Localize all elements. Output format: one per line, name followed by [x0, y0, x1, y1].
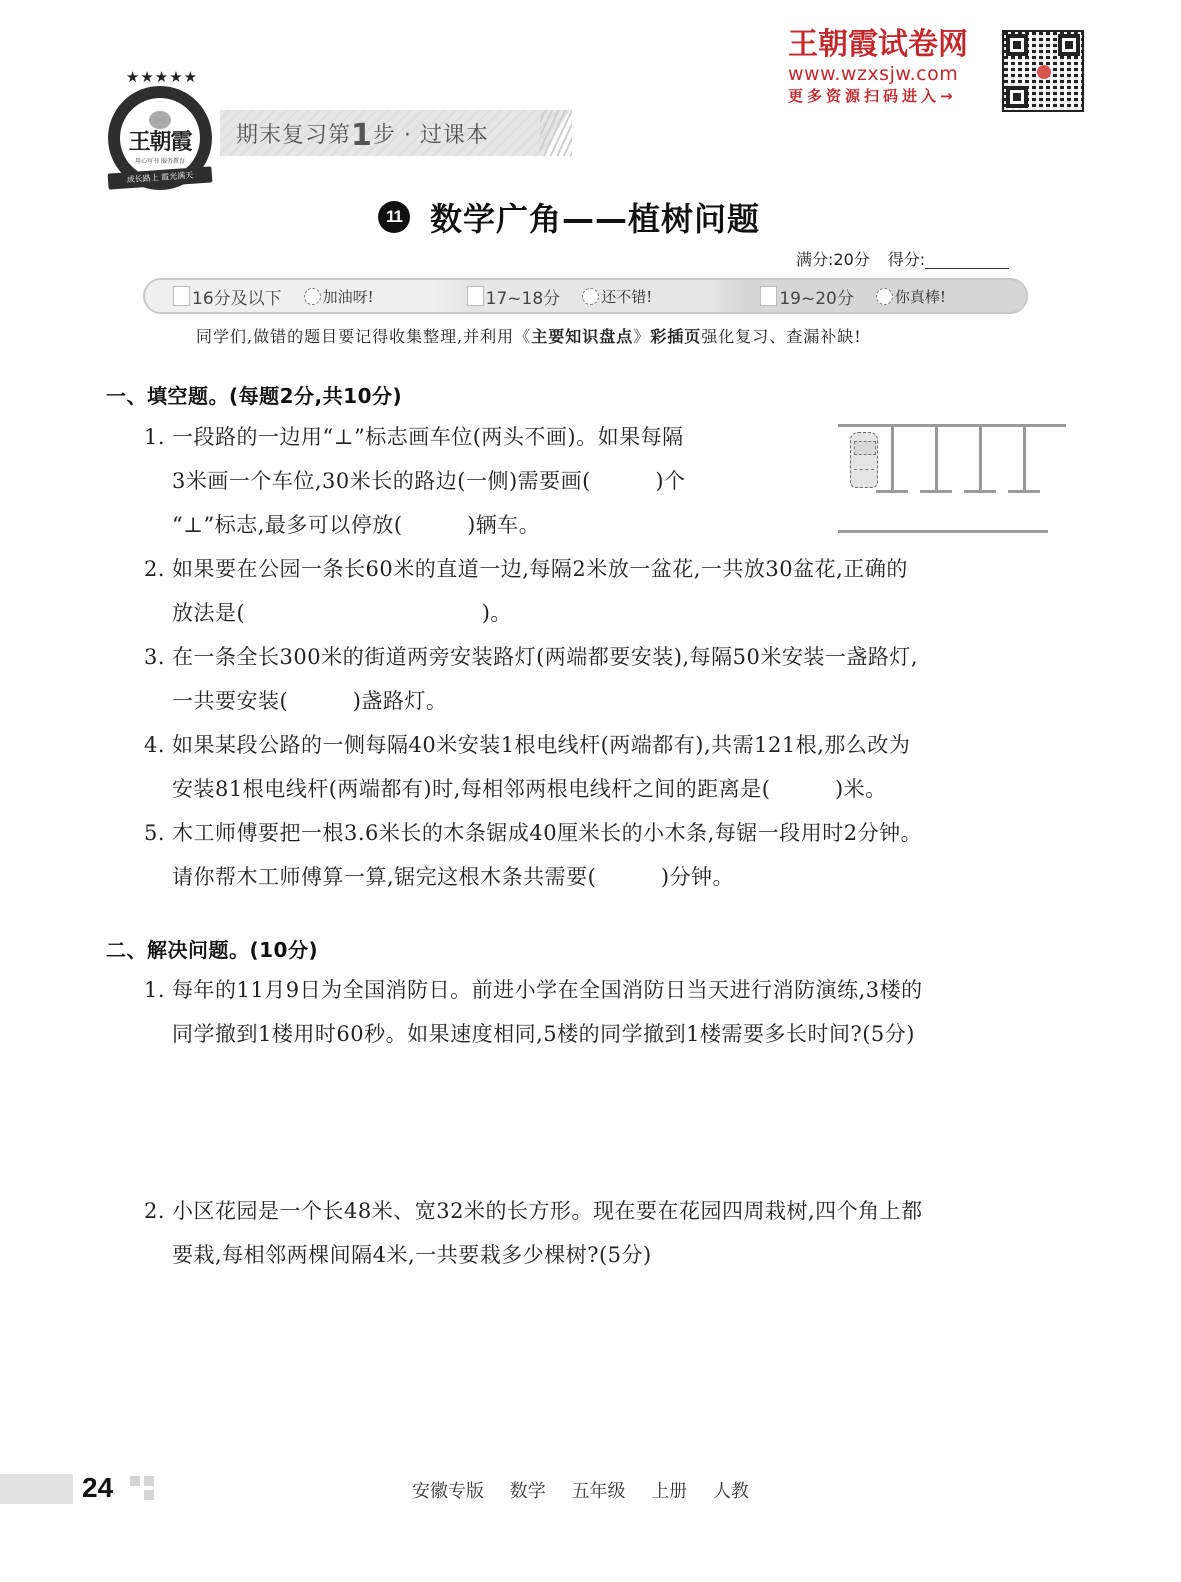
checkbox[interactable] [173, 286, 190, 306]
footer-edition: 安徽专版 [412, 1481, 484, 1502]
checkbox[interactable] [467, 286, 484, 306]
rating-segment: 16分及以下 加油呀! [145, 280, 439, 312]
score-input-blank[interactable] [925, 253, 1009, 269]
question-number: 3. [144, 635, 172, 679]
footer-grade: 五年级 [571, 1481, 625, 1502]
logo-subtitle: 用心写书 服务教育 [135, 156, 185, 165]
page-title: 11 数学广角——植树问题 [378, 194, 760, 240]
parking-marker-icon [920, 426, 952, 492]
brand-title: 王朝霞试卷网 [788, 28, 998, 62]
question-number: 4. [144, 723, 172, 767]
sad-face-icon [304, 288, 321, 305]
question-line: 一段路的一边用“⊥”标志画车位(两头不画)。如果每隔 [172, 425, 684, 449]
car-icon [850, 432, 878, 488]
parking-diagram [838, 424, 1068, 536]
brand-block: 王朝霞试卷网 www.wzxsjw.com 更多资源扫码进入→ [788, 28, 998, 106]
road-line [838, 530, 1048, 533]
question-1-1: 1.一段路的一边用“⊥”标志画车位(两头不画)。如果每隔 3米画一个车位,30米… [144, 415, 686, 547]
step-suffix: 步 · 过课本 [373, 123, 489, 148]
reminder-part: 同学们,做错的题目要记得收集整理,并利用《 [196, 327, 531, 346]
rating-range: 19~20分 [779, 284, 854, 309]
chapter-title: 数学广角——植树问题 [430, 194, 760, 240]
banner-stripes [540, 110, 572, 156]
portrait-icon [149, 111, 171, 129]
question-line: 一共要安装( )盏路灯。 [144, 679, 918, 723]
reminder-part: 强化复习、查漏补缺! [701, 327, 861, 346]
publisher-logo: ★★★★★ 王朝霞 用心写书 服务教育 成长路上 霞光满天 [106, 68, 214, 190]
chapter-number-badge: 11 [378, 201, 410, 233]
question-number: 1. [144, 415, 172, 459]
question-number: 2. [144, 547, 172, 591]
footer-decoration [144, 1476, 154, 1486]
rating-segment: 17~18分 还不错! [439, 280, 733, 312]
rating-range: 17~18分 [486, 284, 561, 309]
qr-finder [1006, 34, 1028, 56]
parking-marker-icon [876, 426, 908, 492]
question-number: 2. [144, 1189, 172, 1233]
question-2-1: 1.每年的11月9日为全国消防日。前进小学在全国消防日当天进行消防演练,3楼的 … [144, 968, 923, 1056]
question-number: 5. [144, 811, 172, 855]
question-line: 每年的11月9日为全国消防日。前进小学在全国消防日当天进行消防演练,3楼的 [172, 978, 923, 1002]
checkbox[interactable] [760, 286, 777, 306]
step-number: 1 [351, 118, 373, 153]
rating-range: 16分及以下 [192, 284, 282, 309]
question-line: 如果要在公园一条长60米的直道一边,每隔2米放一盆花,一共放30盆花,正确的 [172, 557, 908, 581]
question-line: 在一条全长300米的街道两旁安装路灯(两端都要安装),每隔50米安装一盏路灯, [172, 645, 918, 669]
rating-segment: 19~20分 你真棒! [732, 280, 1026, 312]
question-line: “⊥”标志,最多可以停放( )辆车。 [144, 503, 686, 547]
full-score-label: 满分:20分 [796, 250, 870, 269]
neutral-face-icon [582, 288, 599, 305]
step-banner-text: 期末复习第1步 · 过课本 [236, 118, 489, 153]
page-number: 24 [82, 1472, 113, 1504]
got-score-label: 得分: [888, 250, 925, 269]
brand-url[interactable]: www.wzxsjw.com [788, 62, 998, 86]
qr-finder [1058, 34, 1080, 56]
rating-message: 你真棒! [895, 286, 946, 307]
question-line: 同学撤到1楼用时60秒。如果速度相同,5楼的同学撤到1楼需要多长时间?(5分) [144, 1012, 923, 1056]
question-1-3: 3.在一条全长300米的街道两旁安装路灯(两端都要安装),每隔50米安装一盏路灯… [144, 635, 918, 723]
question-line: 要栽,每相邻两棵间隔4米,一共要栽多少棵树?(5分) [144, 1233, 923, 1277]
star-icons: ★★★★★ [114, 68, 210, 86]
question-1-5: 5.木工师傅要把一根3.6米长的木条锯成40厘米长的小木条,每锯一段用时2分钟。… [144, 811, 922, 899]
question-2-2: 2.小区花园是一个长48米、宽32米的长方形。现在要在花园四周栽树,四个角上都 … [144, 1189, 923, 1277]
question-line: 安装81根电线杆(两端都有)时,每相邻两根电线杆之间的距离是( )米。 [144, 767, 910, 811]
footer-edition-info: 安徽专版 数学 五年级 上册 人教 [412, 1477, 769, 1503]
question-line: 木工师傅要把一根3.6米长的木条锯成40厘米长的小木条,每锯一段用时2分钟。 [172, 821, 922, 845]
question-1-4: 4.如果某段公路的一侧每隔40米安装1根电线杆(两端都有),共需121根,那么改… [144, 723, 910, 811]
rating-message: 还不错! [601, 286, 652, 307]
happy-face-icon [876, 288, 893, 305]
question-line: 小区花园是一个长48米、宽32米的长方形。现在要在花园四周栽树,四个角上都 [172, 1199, 923, 1223]
rating-message: 加油呀! [323, 286, 374, 307]
qr-logo-icon [1037, 65, 1051, 79]
question-line: 如果某段公路的一侧每隔40米安装1根电线杆(两端都有),共需121根,那么改为 [172, 733, 910, 757]
score-rating-bar: 16分及以下 加油呀! 17~18分 还不错! 19~20分 你真棒! [143, 278, 1028, 314]
parking-marker-icon [1008, 426, 1040, 492]
question-number: 1. [144, 968, 172, 1012]
qr-finder [1006, 86, 1028, 108]
reminder-bold: 彩插页 [650, 327, 701, 346]
footer-volume: 上册 [651, 1481, 687, 1502]
footer-bar [0, 1474, 73, 1504]
question-line: 放法是( )。 [144, 591, 908, 635]
footer-decoration [130, 1476, 140, 1486]
step-prefix: 期末复习第 [236, 123, 351, 148]
score-line: 满分:20分得分: [796, 247, 1009, 270]
section-title-fill-in: 一、填空题。(每题2分,共10分) [106, 380, 402, 409]
section-title-problems: 二、解决问题。(10分) [106, 934, 318, 963]
footer-decoration [144, 1490, 154, 1500]
reminder-part: 》 [633, 327, 650, 346]
qr-code-icon[interactable] [1002, 30, 1084, 112]
question-1-2: 2.如果要在公园一条长60米的直道一边,每隔2米放一盆花,一共放30盆花,正确的… [144, 547, 908, 635]
footer-publisher: 人教 [713, 1481, 749, 1502]
logo-name: 王朝霞 [128, 131, 191, 153]
reminder-text: 同学们,做错的题目要记得收集整理,并利用《主要知识盘点》彩插页强化复习、查漏补缺… [196, 324, 862, 347]
footer-subject: 数学 [510, 1481, 546, 1502]
question-line: 3米画一个车位,30米长的路边(一侧)需要画( )个 [144, 459, 686, 503]
parking-marker-icon [964, 426, 996, 492]
reminder-bold: 主要知识盘点 [531, 327, 633, 346]
question-line: 请你帮木工师傅算一算,锯完这根木条共需要( )分钟。 [144, 855, 922, 899]
brand-scan-prompt: 更多资源扫码进入→ [788, 86, 998, 106]
